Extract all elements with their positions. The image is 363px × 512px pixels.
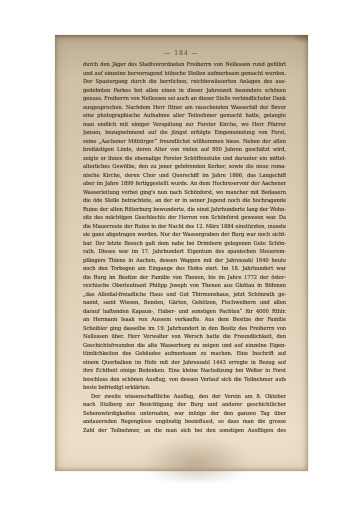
text-line: nische Kirche, deren Chor und Querschiff… (83, 172, 286, 181)
page-corner-shade (292, 35, 308, 44)
text-line: reichische Oberleutnant Philipp Joseph v… (83, 282, 286, 291)
text-line: alterliches Gewölbe, den zu jener gehöre… (83, 163, 286, 172)
text-line: Ruine der alten Ritterburg bewunderte, d… (83, 206, 286, 215)
text-line: bar. Der letzte Besuch galt dem nahe bei… (83, 240, 286, 249)
page-top-edge (55, 35, 308, 38)
text-line: zeigte er ihnen die ehemalige Forster Sc… (83, 155, 286, 164)
text-line: pfängers Thiens in Aachen, dessen Wappen… (83, 257, 286, 266)
text-line: einem Querbalken im Hofe mit der Jahresz… (83, 359, 286, 368)
page-number: — 184 — (55, 50, 308, 57)
text-line: Wasserleitung vorbei ging's nun nach Sch… (83, 189, 286, 198)
text-line: Zahl der Teilnehmer, an die man sich bei… (83, 427, 286, 436)
text-line: nach Stolberg zur Besichtigung der Burg … (83, 401, 286, 410)
text-line: durch den Jäger des Stadtverordneten Fre… (83, 61, 286, 70)
text-line: genuss. Freiherrn von Nellessen sei auch… (83, 95, 286, 104)
text-line: die Mauerreste der Ruine in der Nacht de… (83, 223, 286, 232)
text-line: ihre Echtheit einige Bedenken. Eine klei… (83, 367, 286, 376)
text-line: man endlich mit einiger Verspätung zur F… (83, 121, 286, 130)
text-line: „das Allodial-freiadliche Haus und Gut T… (83, 291, 286, 300)
text-block: durch den Jäger des Stadtverordneten Fre… (83, 61, 286, 435)
text-line: aber im Jahre 1899 fertiggestellt wurde.… (83, 180, 286, 189)
text-line: noch den Torbogen am Eingange des Hofes … (83, 265, 286, 274)
scan-background: — 184 — durch den Jäger des Stadtverordn… (0, 0, 363, 512)
text-line: eine photographische Aufnahme aller Teil… (83, 112, 286, 121)
text-line: breitästigen Linde, deren Alter von viel… (83, 146, 286, 155)
text-line: Nellessen über. Herr Verwalter von Wersc… (83, 333, 286, 342)
text-line: Sehenswürdigkeiten unternahm, war infolg… (83, 410, 286, 419)
text-line: gedehnten Parkes bot allen einen in dies… (83, 87, 286, 96)
book-page: — 184 — durch den Jäger des Stadtverordn… (55, 35, 308, 471)
text-line: darauf haftenden Kapaun-, Haber- und son… (83, 308, 286, 317)
text-line: die Burg im Besitze der Familie von Then… (83, 274, 286, 283)
text-line: und auf einzelne hervorragend hübsche St… (83, 70, 286, 79)
text-line: andauernden Regengüsse ungünstig beeinfl… (83, 418, 286, 427)
text-line: rath. Dieses war im 17. Jahrhundert Eige… (83, 248, 286, 257)
page-bottom-shadow (141, 435, 251, 481)
text-line: Geschichtsfreunden die alte Wasserburg z… (83, 342, 286, 351)
text-line: sie ganz abgetragen werden. Nur der Wass… (83, 231, 286, 240)
text-line: ausgesprochen. Nachdem Herr Ittner am ra… (83, 104, 286, 113)
text-line: Der Spaziergang durch die herrlichen, re… (83, 78, 286, 87)
text-line: die öde Stelle betrachtete, an der er in… (83, 197, 286, 206)
text-line: Der zweite wissenschaftliche Ausflug, de… (83, 393, 286, 402)
text-line: Jansen, bezugnehmend auf die jüngst erfo… (83, 129, 286, 138)
text-line: seine „Aachener Mitbürger“ freundlichst … (83, 138, 286, 147)
text-line: beschloss den schönen Ausflug, von desse… (83, 376, 286, 385)
text-line: nannt, samt Wiesen, Benden, Gärten, Gehö… (83, 299, 286, 308)
text-line: an Hermann Isaak von Aussem verkaufte. A… (83, 316, 286, 325)
text-line: Scheibler ging dasselbe im 19. Jahrhunde… (83, 325, 286, 334)
text-line: beste befriedigt erklärten. (83, 384, 286, 393)
text-line: sitz des mächtigen Geschlechts der Herre… (83, 214, 286, 223)
text-line: tümlichkeiten des Gebäudes aufmerksam zu… (83, 350, 286, 359)
